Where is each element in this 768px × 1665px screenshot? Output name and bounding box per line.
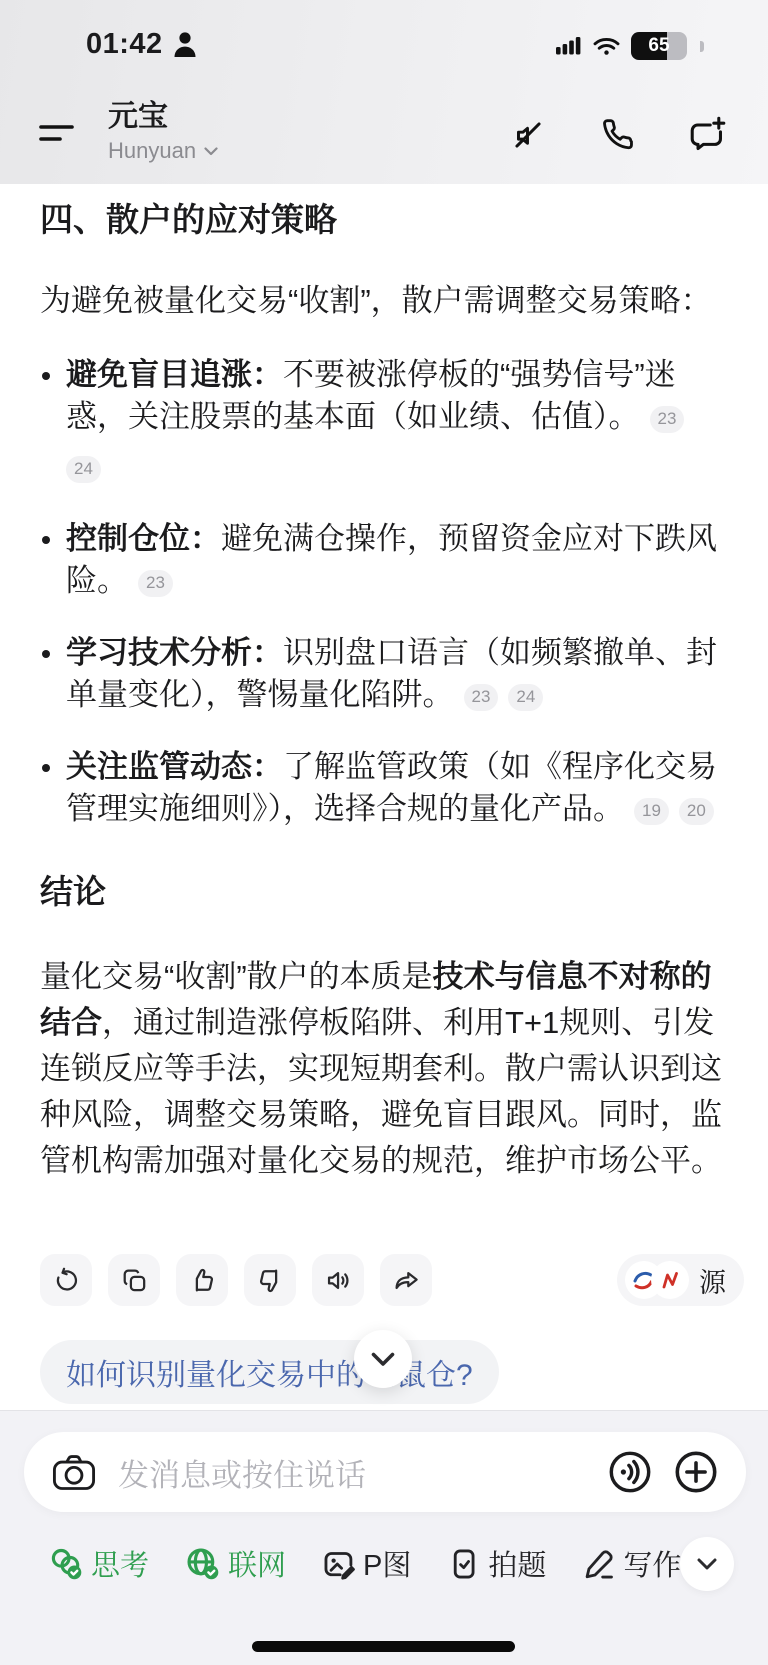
pencil-icon <box>582 1547 616 1581</box>
list-item: 控制仓位：避免满仓操作，预留资金应对下跌风险。23 <box>40 518 728 602</box>
section-heading: 四、散户的应对策略 <box>40 198 728 242</box>
status-time: 01:42 <box>86 28 163 61</box>
bottom-bar: 发消息或按住说话 <box>0 1410 768 1665</box>
strategy-list: 避免盲目追涨：不要被涨停板的“强势信号”迷惑，关注股票的基本面（如业绩、估值）。… <box>40 354 728 830</box>
yuanbao-chat-screen: 01:42 <box>0 0 768 1665</box>
top-chrome: 01:42 <box>0 0 768 184</box>
wifi-icon <box>593 36 620 56</box>
chevron-down-icon <box>697 1558 717 1570</box>
voice-call-button[interactable] <box>598 114 638 154</box>
list-item-lead: 学习技术分析： <box>66 635 283 670</box>
app-title: 元宝 <box>108 100 218 134</box>
title-block: 元宝 Hunyuan <box>108 100 218 164</box>
citation-badge-row: 24 <box>66 446 101 488</box>
battery-terminal <box>700 41 704 52</box>
scroll-to-bottom-button[interactable] <box>354 1330 412 1388</box>
bullet-marker <box>42 650 50 658</box>
header-actions <box>508 114 728 154</box>
list-item-text: 避免盲目追涨：不要被涨停板的“强势信号”迷惑，关注股票的基本面（如业绩、估值）。… <box>66 354 728 488</box>
list-item-lead: 控制仓位： <box>66 521 221 556</box>
tool-label: 联网 <box>228 1543 286 1584</box>
assistant-message: 四、散户的应对策略 为避免被量化交易“收割”，散户需调整交易策略： 避免盲目追涨… <box>0 184 768 1410</box>
intro-paragraph: 为避免被量化交易“收割”，散户需调整交易策略： <box>40 280 728 322</box>
copy-button[interactable] <box>108 1254 160 1306</box>
tool-solve-problem[interactable]: 拍题 <box>447 1543 546 1584</box>
copy-icon <box>121 1267 148 1294</box>
photo-solve-icon <box>447 1547 481 1581</box>
speaker-muted-icon <box>510 116 546 152</box>
share-icon <box>393 1267 420 1294</box>
chat-header: 元宝 Hunyuan <box>0 100 768 170</box>
citation-badge[interactable]: 23 <box>138 570 173 597</box>
citation-badge[interactable]: 23 <box>464 684 499 711</box>
home-indicator[interactable] <box>252 1641 515 1652</box>
composer-right-actions <box>608 1450 718 1494</box>
person-icon <box>172 30 198 60</box>
source-favicons <box>625 1261 689 1299</box>
phone-icon <box>601 117 635 151</box>
image-edit-icon <box>322 1547 356 1581</box>
thumbs-up-icon <box>189 1267 216 1294</box>
model-selector[interactable]: Hunyuan <box>108 138 218 164</box>
new-chat-button[interactable] <box>688 114 728 154</box>
suggested-question[interactable]: 如何识别量化交易中的老鼠仓? <box>40 1340 499 1404</box>
battery-percent: 65 <box>631 32 687 60</box>
read-aloud-button[interactable] <box>312 1254 364 1306</box>
tool-deep-think[interactable]: 思考 <box>48 1543 149 1584</box>
status-bar-left: 01:42 <box>86 28 198 61</box>
chevron-down-icon <box>204 147 218 156</box>
battery-indicator: 65 <box>631 32 687 60</box>
thumbs-down-button[interactable] <box>244 1254 296 1306</box>
deep-think-icon <box>48 1546 84 1582</box>
bullet-marker <box>42 536 50 544</box>
voice-wave-icon[interactable] <box>608 1450 652 1494</box>
citation-badge[interactable]: 19 <box>634 798 669 825</box>
tool-photo-edit[interactable]: P图 <box>322 1543 411 1584</box>
list-item-lead: 避免盲目追涨： <box>66 357 283 392</box>
source-favicon-red-icon <box>651 1261 689 1299</box>
message-input-bar[interactable]: 发消息或按住说话 <box>24 1432 746 1512</box>
sidebar-menu-button[interactable] <box>38 116 78 150</box>
share-button[interactable] <box>380 1254 432 1306</box>
conclusion-text: ，通过制造涨停板陷阱、利用T+1规则、引发连锁反应等手法，实现短期套利。散户需认… <box>40 1005 722 1178</box>
list-item: 关注监管动态：了解监管政策（如《程序化交易管理实施细则》），选择合规的量化产品。… <box>40 746 728 830</box>
list-item-text: 学习技术分析：识别盘口语言（如频繁撤单、封单量变化），警惕量化陷阱。2324 <box>66 632 728 716</box>
source-label: 源 <box>699 1261 726 1300</box>
citation-badge[interactable]: 24 <box>66 456 101 483</box>
message-input-placeholder: 发消息或按住说话 <box>118 1450 608 1495</box>
thumbs-up-button[interactable] <box>176 1254 228 1306</box>
sources-button[interactable]: 源 <box>617 1254 744 1306</box>
conclusion-paragraph: 量化交易“收割”散户的本质是技术与信息不对称的结合，通过制造涨停板陷阱、利用T+… <box>40 954 728 1184</box>
status-bar-right: 65 <box>556 32 704 60</box>
tool-writing[interactable]: 写作 <box>582 1543 681 1584</box>
thumbs-down-icon <box>257 1267 284 1294</box>
tool-label: P图 <box>363 1543 411 1584</box>
message-action-row: 源 <box>40 1254 728 1306</box>
tool-label: 拍题 <box>488 1543 546 1584</box>
model-name: Hunyuan <box>108 138 196 164</box>
bullet-marker <box>42 764 50 772</box>
list-item-text: 控制仓位：避免满仓操作，预留资金应对下跌风险。23 <box>66 518 728 602</box>
tool-label: 写作 <box>623 1543 681 1584</box>
bullet-marker <box>42 372 50 380</box>
list-item: 避免盲目追涨：不要被涨停板的“强势信号”迷惑，关注股票的基本面（如业绩、估值）。… <box>40 354 728 488</box>
plus-circle-icon[interactable] <box>674 1450 718 1494</box>
citation-badge[interactable]: 23 <box>650 406 685 433</box>
skills-toolbar: 思考 联网 <box>48 1543 681 1584</box>
regenerate-button[interactable] <box>40 1254 92 1306</box>
conclusion-heading: 结论 <box>40 870 728 914</box>
citation-badge[interactable]: 24 <box>508 684 543 711</box>
hamburger-icon <box>38 118 76 148</box>
tool-label: 思考 <box>91 1543 149 1584</box>
citation-badge[interactable]: 20 <box>679 798 714 825</box>
list-item-text: 关注监管动态：了解监管政策（如《程序化交易管理实施细则》），选择合规的量化产品。… <box>66 746 728 830</box>
camera-icon[interactable] <box>52 1453 96 1491</box>
regenerate-icon <box>53 1267 80 1294</box>
list-item: 学习技术分析：识别盘口语言（如频繁撤单、封单量变化），警惕量化陷阱。2324 <box>40 632 728 716</box>
cellular-signal-icon <box>556 36 582 56</box>
chevron-down-icon <box>371 1352 395 1367</box>
toolbar-collapse-button[interactable] <box>680 1537 734 1591</box>
new-chat-icon <box>690 116 726 152</box>
tool-web-search[interactable]: 联网 <box>185 1543 286 1584</box>
conclusion-text: 量化交易“收割”散户的本质是 <box>40 959 433 994</box>
voice-mute-button[interactable] <box>508 114 548 154</box>
speaker-icon <box>325 1267 352 1294</box>
globe-icon <box>185 1546 221 1582</box>
list-item-lead: 关注监管动态： <box>66 749 283 784</box>
